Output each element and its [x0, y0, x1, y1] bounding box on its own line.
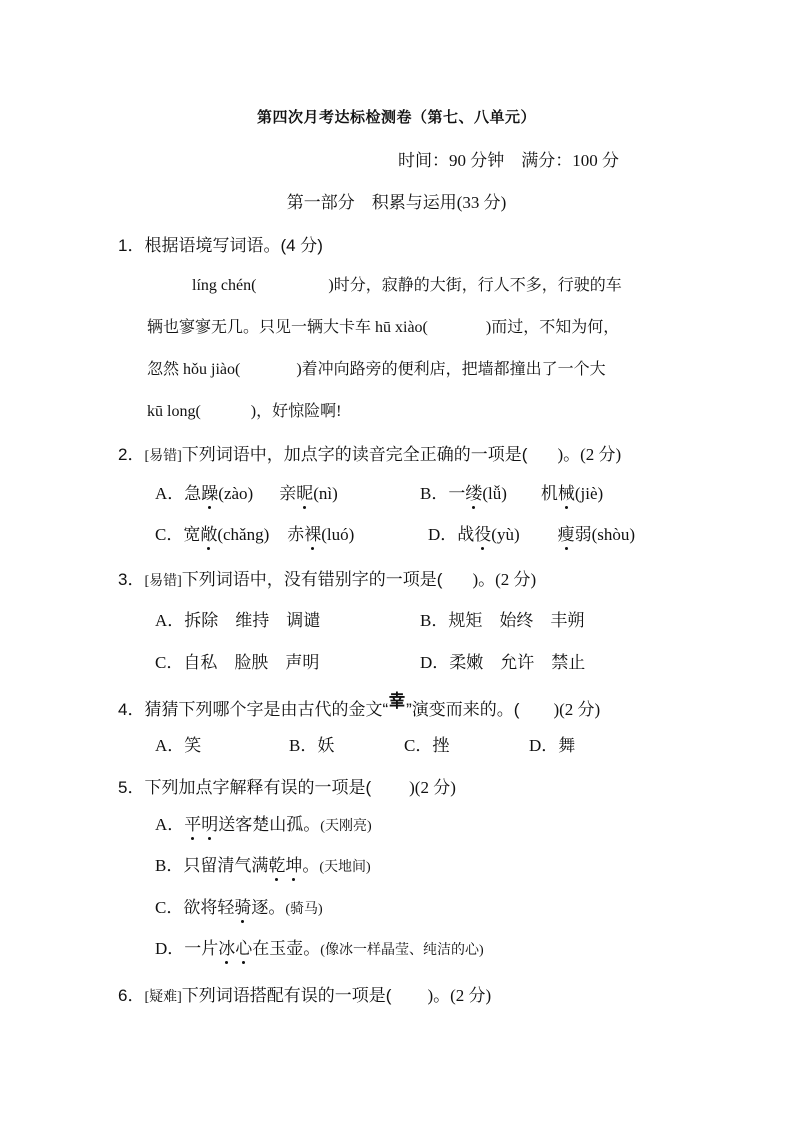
- text-segment: 宽: [183, 525, 200, 544]
- text-segment: (luó): [321, 525, 354, 544]
- text-segment: )而过，不知为何，: [486, 319, 619, 336]
- text-segment: )，好惊险啊!: [251, 403, 342, 420]
- text-segment: 在玉壶。: [252, 939, 320, 958]
- text-segment: 3．: [118, 570, 144, 589]
- question-5: 5．下列加点字解释有误的一项是()(2 分): [118, 773, 456, 798]
- text-segment: D．: [529, 736, 558, 755]
- difficulty-tag: [易错]: [144, 449, 181, 464]
- option-2b: B．一缕(lǚ)机械(jiè): [420, 479, 603, 504]
- text-segment: 机: [541, 484, 558, 503]
- text-segment: 役: [474, 525, 491, 544]
- text-segment: (jiè): [575, 484, 603, 503]
- text-segment: 妖: [317, 736, 334, 755]
- text-segment: 下列词语中，没有错别字的一项是(: [182, 570, 443, 589]
- text-segment: kū long(: [147, 403, 201, 420]
- option-2d: D．战役(yù)瘦弱(shòu): [428, 520, 635, 545]
- text-segment: (骑马): [285, 902, 322, 917]
- text-segment: líng chén(: [192, 277, 256, 294]
- text-segment: (lǚ): [482, 484, 507, 503]
- option-5a: A．平明送客楚山孤。(天刚亮): [155, 810, 372, 835]
- text-segment: (天地间): [319, 860, 370, 875]
- text-segment: C．: [155, 525, 183, 544]
- text-segment: 拆除 维持 调谴: [184, 611, 320, 630]
- option-4a: A．笑: [155, 731, 201, 756]
- option-5b: B．只留清气满乾坤。(天地间): [155, 851, 371, 876]
- option-5c: C．欲将轻骑逐。(骑马): [155, 893, 323, 918]
- text-segment: 只留清气满: [183, 856, 268, 875]
- text-segment: )。(2 分): [427, 986, 491, 1005]
- text-segment: (chǎng): [217, 525, 269, 544]
- option-4c: C．挫: [404, 731, 449, 756]
- text-segment: 躁: [201, 484, 218, 503]
- text-segment: 柔嫩 允许 禁止: [449, 653, 585, 672]
- text-segment: )。(2 分): [472, 570, 536, 589]
- text-segment: 裸: [304, 525, 321, 544]
- passage-line-3: 忽然 hǒu jiào()着冲向路旁的便利店，把墙都撞出了一个大: [147, 356, 606, 379]
- question-6: 6．[疑难]下列词语搭配有误的一项是()。(2 分): [118, 981, 491, 1006]
- text-segment: 送客楚山孤。: [218, 815, 320, 834]
- option-2c: C．宽敞(chǎng)赤裸(luó): [155, 520, 354, 545]
- text-segment: 坤: [285, 856, 302, 875]
- option-2a: A．急躁(zào)亲昵(nì): [155, 479, 338, 504]
- text-segment: 规矩 始终 丰朔: [448, 611, 584, 630]
- option-3d: D．柔嫩 允许 禁止: [420, 648, 585, 673]
- text-segment: 5．: [118, 778, 144, 797]
- text-segment: 敞: [200, 525, 217, 544]
- text-segment: 欲将轻: [183, 898, 234, 917]
- text-segment: B．: [420, 484, 448, 503]
- text-segment: 冰: [218, 939, 235, 958]
- text-segment: 弱(shòu): [575, 525, 635, 544]
- text-segment: C．: [155, 898, 183, 917]
- question-1: 1．根据语境写词语。(4 分): [118, 231, 323, 256]
- text-segment: )着冲向路旁的便利店，把墙都撞出了一个大: [296, 361, 605, 378]
- option-3a: A．拆除 维持 调谴: [155, 606, 320, 631]
- section-heading: 第一部分 积累与运用(33 分): [0, 188, 793, 213]
- text-segment: 下列词语搭配有误的一项是(: [182, 986, 392, 1005]
- option-3c: C．自私 脸胦 声明: [155, 648, 319, 673]
- text-segment: 笑: [184, 736, 201, 755]
- question-4: 4．猜猜下列哪个字是由古代的金文“𦍒”演变而来的。()(2 分): [118, 695, 600, 720]
- text-segment: 下列加点字解释有误的一项是(: [144, 778, 371, 797]
- text-segment: 6．: [118, 986, 144, 1005]
- text-segment: 挫: [432, 736, 449, 755]
- text-segment: 骑: [234, 898, 251, 917]
- text-segment: 缕: [465, 484, 482, 503]
- text-segment: 心: [235, 939, 252, 958]
- text-segment: 。: [302, 856, 319, 875]
- exam-meta: 时间：90 分钟 满分：100 分: [398, 146, 619, 171]
- text-segment: B．: [155, 856, 183, 875]
- text-segment: 亲: [279, 484, 296, 503]
- question-3: 3．[易错]下列词语中，没有错别字的一项是()。(2 分): [118, 565, 536, 590]
- text-segment: 乾: [268, 856, 285, 875]
- text-segment: B．: [289, 736, 317, 755]
- text-segment: )(2 分): [553, 700, 600, 719]
- text-segment: 急: [184, 484, 201, 503]
- text-segment: (像冰一样晶莹、纯洁的心): [320, 943, 483, 958]
- text-segment: (zào): [218, 484, 253, 503]
- text-segment: 战: [457, 525, 474, 544]
- option-4d: D．舞: [529, 731, 575, 756]
- text-segment: (天刚亮): [320, 819, 371, 834]
- text-segment: C．: [404, 736, 432, 755]
- ancient-bronze-script-icon: 𦍒: [389, 690, 405, 712]
- text-segment: D．: [155, 939, 184, 958]
- question-prompt: 根据语境写词语。(4 分): [144, 236, 323, 255]
- passage-line-1: líng chén()时分，寂静的大街，行人不多，行驶的车: [192, 272, 622, 295]
- text-segment: 逐。: [251, 898, 285, 917]
- text-segment: 自私 脸胦 声明: [183, 653, 319, 672]
- text-segment: (yù): [491, 525, 519, 544]
- passage-line-4: kū long()，好惊险啊!: [147, 398, 341, 421]
- text-segment: 一片: [184, 939, 218, 958]
- text-segment: A．: [155, 736, 184, 755]
- text-segment: 瘦: [558, 525, 575, 544]
- text-segment: 忽然 hǒu jiào(: [147, 361, 240, 378]
- text-segment: A．: [155, 815, 184, 834]
- text-segment: 舞: [558, 736, 575, 755]
- text-segment: 赤: [287, 525, 304, 544]
- question-2: 2．[易错]下列词语中，加点字的读音完全正确的一项是()。(2 分): [118, 440, 621, 465]
- text-segment: 4．: [118, 700, 144, 719]
- text-segment: 2．: [118, 445, 144, 464]
- text-segment: 辆也寥寥无几。只见一辆大卡车 hū xiào(: [147, 319, 428, 336]
- text-segment: 械: [558, 484, 575, 503]
- text-segment: ”演变而来的。(: [406, 700, 519, 719]
- difficulty-tag: [疑难]: [144, 990, 181, 1005]
- text-segment: C．: [155, 653, 183, 672]
- text-segment: (nì): [313, 484, 338, 503]
- text-segment: 平: [184, 815, 201, 834]
- text-segment: )(2 分): [409, 778, 456, 797]
- text-segment: 猜猜下列哪个字是由古代的金文“: [144, 700, 388, 719]
- option-5d: D．一片冰心在玉壶。(像冰一样晶莹、纯洁的心): [155, 934, 484, 959]
- text-segment: 下列词语中，加点字的读音完全正确的一项是(: [182, 445, 528, 464]
- text-segment: 昵: [296, 484, 313, 503]
- text-segment: D．: [420, 653, 449, 672]
- text-segment: )时分，寂静的大街，行人不多，行驶的车: [328, 277, 621, 294]
- option-4b: B．妖: [289, 731, 334, 756]
- text-segment: A．: [155, 484, 184, 503]
- text-segment: 一: [448, 484, 465, 503]
- text-segment: D．: [428, 525, 457, 544]
- exam-title: 第四次月考达标检测卷（第七、八单元）: [0, 106, 793, 127]
- difficulty-tag: [易错]: [144, 574, 181, 589]
- text-segment: B．: [420, 611, 448, 630]
- option-3b: B．规矩 始终 丰朔: [420, 606, 584, 631]
- text-segment: A．: [155, 611, 184, 630]
- question-number: 1．: [118, 236, 144, 255]
- text-segment: )。(2 分): [557, 445, 621, 464]
- passage-line-2: 辆也寥寥无几。只见一辆大卡车 hū xiào()而过，不知为何，: [147, 314, 619, 337]
- text-segment: 明: [201, 815, 218, 834]
